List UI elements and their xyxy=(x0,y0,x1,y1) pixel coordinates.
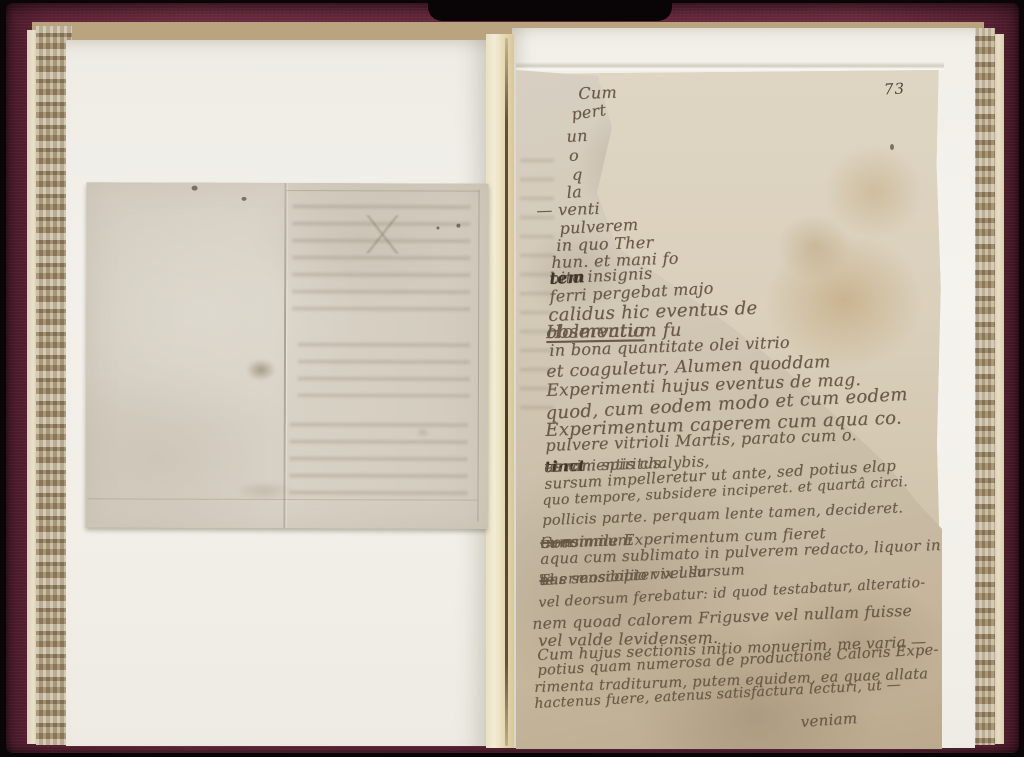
photograph-of-open-book: 73 Cumpertunoqla— ventipulveremin quo Th… xyxy=(0,0,1024,757)
manuscript-text: 73 Cumpertunoqla— ventipulveremin quo Th… xyxy=(0,0,1024,757)
page-number: 73 xyxy=(884,79,906,98)
